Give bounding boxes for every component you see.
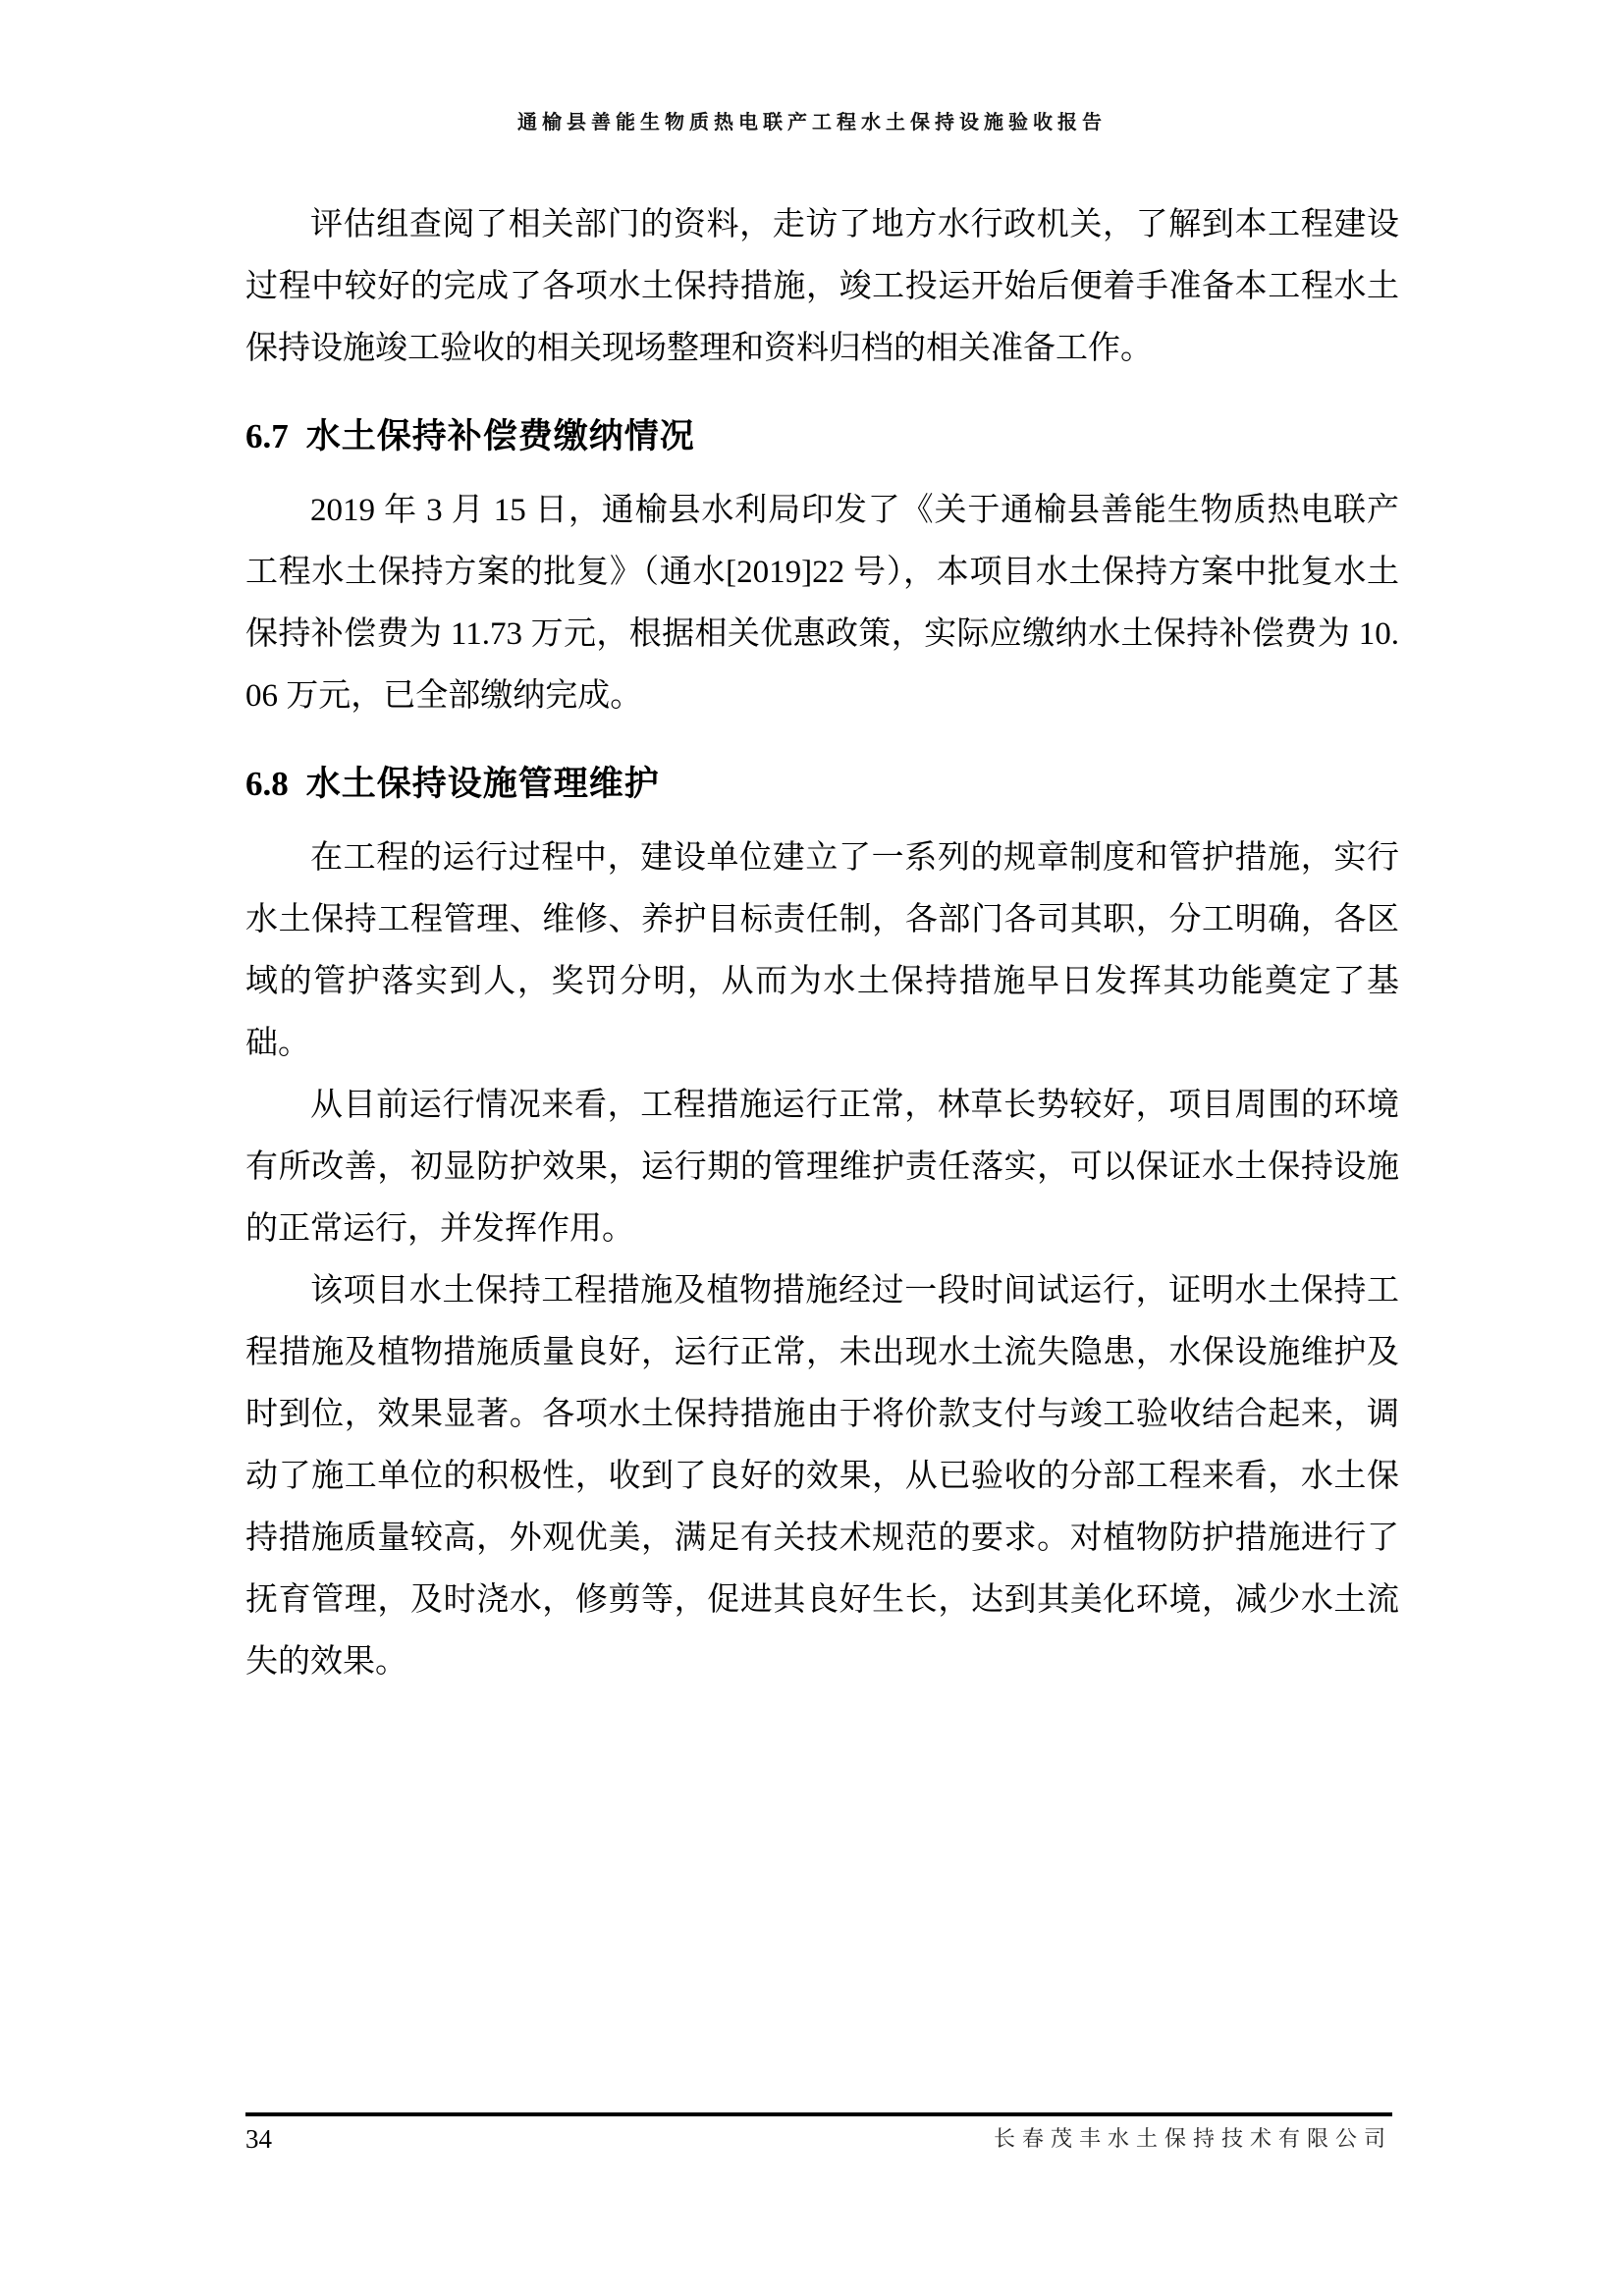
page-footer: 34 长春茂丰水土保持技术有限公司 — [245, 2112, 1392, 2156]
section-title: 水土保持设施管理维护 — [306, 765, 660, 803]
section-number: 6.8 — [245, 765, 289, 803]
section-heading-6-7: 6.7水土保持补偿费缴纳情况 — [245, 413, 1399, 460]
section-number: 6.7 — [245, 417, 289, 455]
section-title: 水土保持补偿费缴纳情况 — [306, 417, 695, 455]
running-header: 通榆县善能生物质热电联产工程水土保持设施验收报告 — [0, 106, 1624, 134]
section-heading-6-8: 6.8水土保持设施管理维护 — [245, 761, 1399, 808]
section-6-8-paragraph: 在工程的运行过程中，建设单位建立了一系列的规章制度和管护措施，实行水土保持工程管… — [245, 828, 1399, 1075]
intro-paragraph: 评估组查阅了相关部门的资料，走访了地方水行政机关，了解到本工程建设过程中较好的完… — [245, 194, 1399, 380]
section-6-8-paragraph: 从目前运行情况来看，工程措施运行正常，林草长势较好，项目周围的环境有所改善，初显… — [245, 1075, 1399, 1260]
page-body: 评估组查阅了相关部门的资料，走访了地方水行政机关，了解到本工程建设过程中较好的完… — [245, 194, 1399, 1693]
document-page: 通榆县善能生物质热电联产工程水土保持设施验收报告 评估组查阅了相关部门的资料，走… — [0, 0, 1624, 2296]
section-6-7-paragraph: 2019 年 3 月 15 日，通榆县水利局印发了《关于通榆县善能生物质热电联产… — [245, 480, 1399, 727]
page-number: 34 — [245, 2122, 272, 2156]
footer-company-name: 长春茂丰水土保持技术有限公司 — [994, 2122, 1392, 2156]
section-6-8-paragraph: 该项目水土保持工程措施及植物措施经过一段时间试运行，证明水土保持工程措施及植物措… — [245, 1260, 1399, 1693]
